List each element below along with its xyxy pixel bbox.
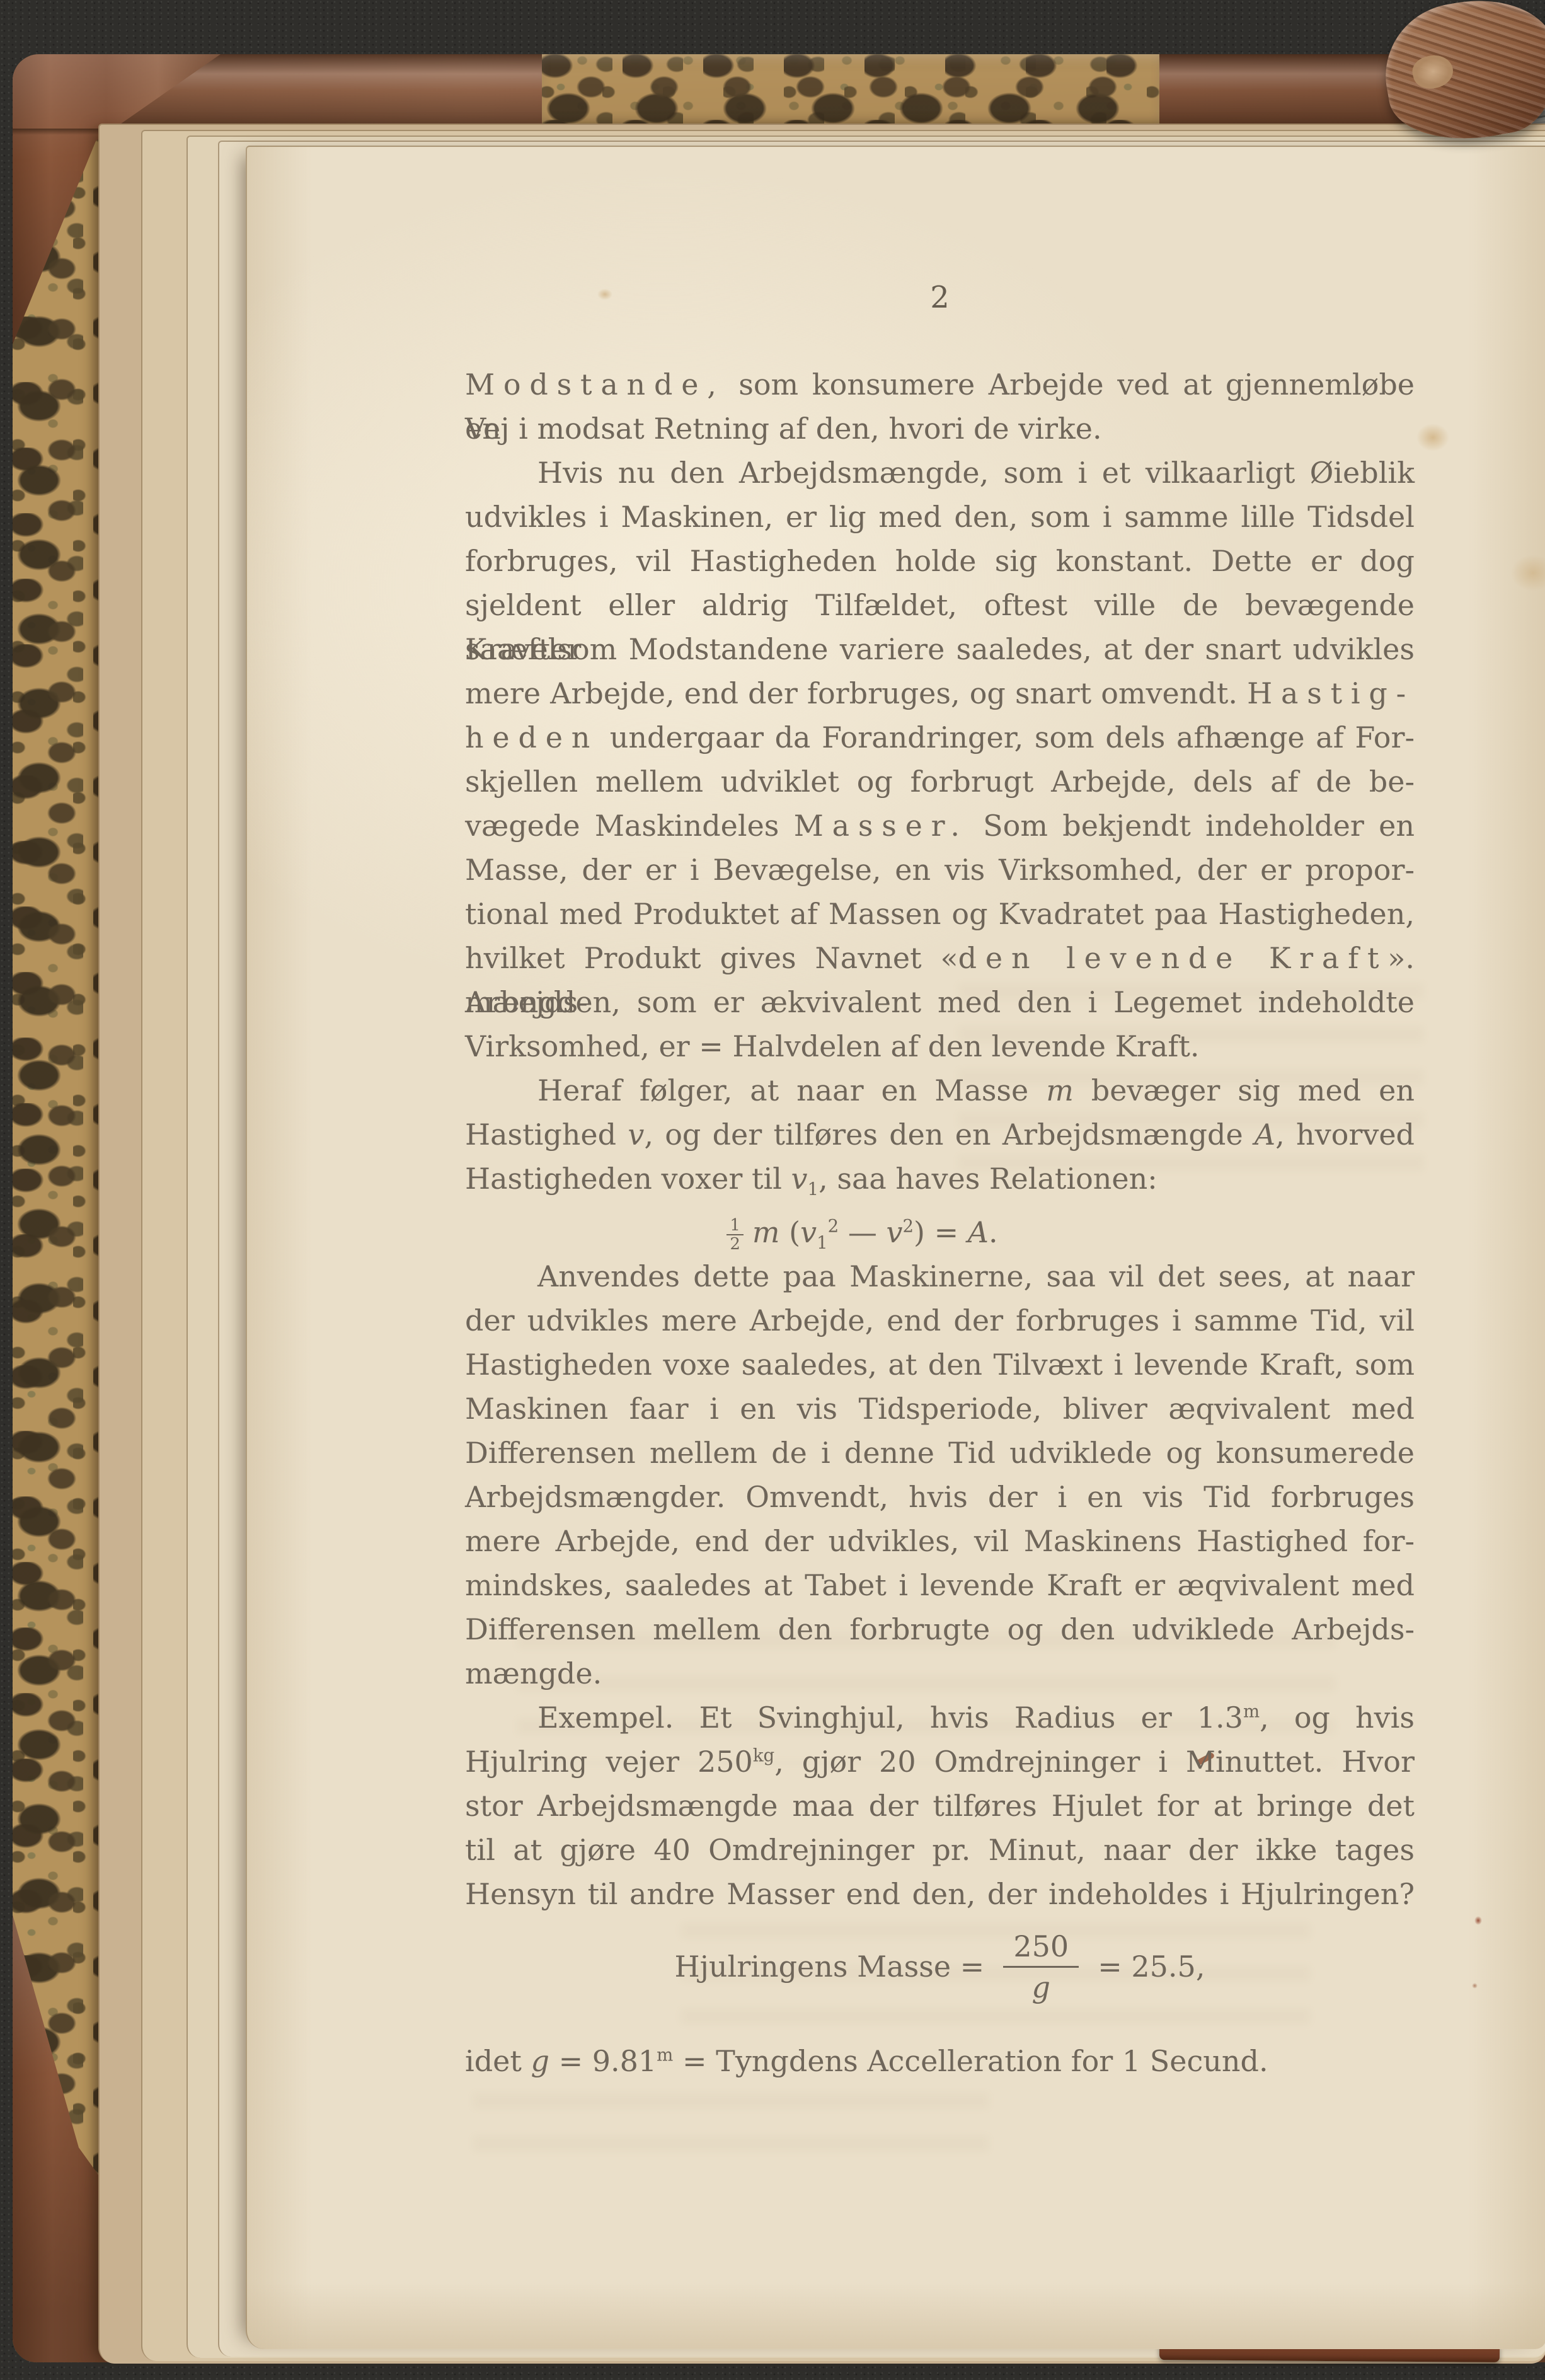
- equation-result: = 25.5,: [1098, 1950, 1205, 1984]
- text-line: der udvikles mere Arbejde, end der forbr…: [465, 1298, 1415, 1343]
- fraction-one-half: 1 2: [727, 1216, 744, 1253]
- text-line: til at gjøre 40 Omdrejninger pr. Minut, …: [465, 1828, 1415, 1872]
- text-line: Maskinen faar i en vis Tidsperiode, bliv…: [465, 1387, 1415, 1431]
- text-line: Virksomhed, er = Halvdelen af den levend…: [465, 1024, 1415, 1068]
- text-line: skjellen mellem udviklet og forbrugt Arb…: [465, 760, 1415, 804]
- printed-text-layer: 2 Modstande, som konsumere Arbejde ved a…: [0, 0, 1545, 2380]
- text-line: Hensyn til andre Masser end den, der ind…: [465, 1872, 1415, 1916]
- equation-flywheel-mass: Hjulringens Masse = 250 g = 25.5,: [465, 1916, 1415, 2017]
- text-line: vægede Maskindeles Masser. Som bekjendt …: [465, 804, 1415, 848]
- paragraph-block-2: Anvendes dette paa Maskinerne, saa vil d…: [465, 1254, 1415, 1916]
- equation-body: m (v12 — v2) = A.: [752, 1215, 998, 1249]
- text-line: Modstande, som konsumere Arbejde ved at …: [465, 362, 1415, 407]
- fraction-numerator: 250: [1003, 1927, 1079, 1968]
- text-line: sjeldent eller aldrig Tilfældet, oftest …: [465, 583, 1415, 627]
- text-line: Vej i modsat Retning af den, hvori de vi…: [465, 407, 1415, 451]
- fraction-250-over-g: 250 g: [1003, 1927, 1079, 2007]
- text-line: saavelsom Modstandene variere saaledes, …: [465, 627, 1415, 671]
- text-line: tional med Produktet af Massen og Kvadra…: [465, 892, 1415, 936]
- text-line: Anvendes dette paa Maskinerne, saa vil d…: [465, 1254, 1415, 1298]
- text-line: udvikles i Maskinen, er lig med den, som…: [465, 495, 1415, 539]
- text-line: forbruges, vil Hastigheden holde sig kon…: [465, 539, 1415, 583]
- text-line: Differensen mellem de i denne Tid udvikl…: [465, 1431, 1415, 1475]
- text-line: Heraf følger, at naar en Masse m bevæger…: [465, 1068, 1415, 1112]
- text-line: Hastigheden voxer til v1, saa haves Rela…: [465, 1157, 1415, 1201]
- equation-lead-text: Hjulringens Masse =: [675, 1950, 985, 1984]
- text-line: idet g = 9.81m = Tyngdens Accelleration …: [465, 2039, 1415, 2083]
- text-line: Differensen mellem den forbrugte og den …: [465, 1607, 1415, 1651]
- fraction-denominator: 2: [727, 1235, 744, 1253]
- text-line: mere Arbejde, end der udvikles, vil Mask…: [465, 1519, 1415, 1563]
- text-line: Hjulring vejer 250kg, gjør 20 Omdrejning…: [465, 1740, 1415, 1784]
- text-line: mindskes, saaledes at Tabet i levende Kr…: [465, 1563, 1415, 1607]
- fraction-numerator: 1: [727, 1216, 744, 1235]
- text-line: mere Arbejde, end der forbruges, og snar…: [465, 671, 1415, 715]
- text-line: Hvis nu den Arbejdsmængde, som i et vilk…: [465, 451, 1415, 495]
- text-line: Hastighed v, og der tilføres den en Arbe…: [465, 1112, 1415, 1157]
- text-line: mængde.: [465, 1651, 1415, 1695]
- text-line: hvilket Produkt gives Navnet «den levend…: [465, 936, 1415, 980]
- text-line: Exempel. Et Svinghjul, hvis Radius er 1.…: [465, 1695, 1415, 1740]
- paragraph-block-1: Modstande, som konsumere Arbejde ved at …: [465, 362, 1415, 1201]
- text-line: mængden, som er ækvivalent med den i Leg…: [465, 980, 1415, 1024]
- text-line: Hastigheden voxe saaledes, at den Tilvæx…: [465, 1343, 1415, 1387]
- book-scan: 2 Modstande, som konsumere Arbejde ved a…: [0, 0, 1545, 2380]
- paragraph-block-3: idet g = 9.81m = Tyngdens Accelleration …: [465, 2039, 1415, 2083]
- text-line: heden undergaar da Forandringer, som del…: [465, 715, 1415, 760]
- text-line: Masse, der er i Bevægelse, en vis Virkso…: [465, 848, 1415, 892]
- fraction-denominator: g: [1003, 1968, 1079, 2007]
- text-line: Arbejdsmængder. Omvendt, hvis der i en v…: [465, 1475, 1415, 1519]
- text-line: stor Arbejdsmængde maa der tilføres Hjul…: [465, 1784, 1415, 1828]
- page-number: 2: [465, 275, 1415, 320]
